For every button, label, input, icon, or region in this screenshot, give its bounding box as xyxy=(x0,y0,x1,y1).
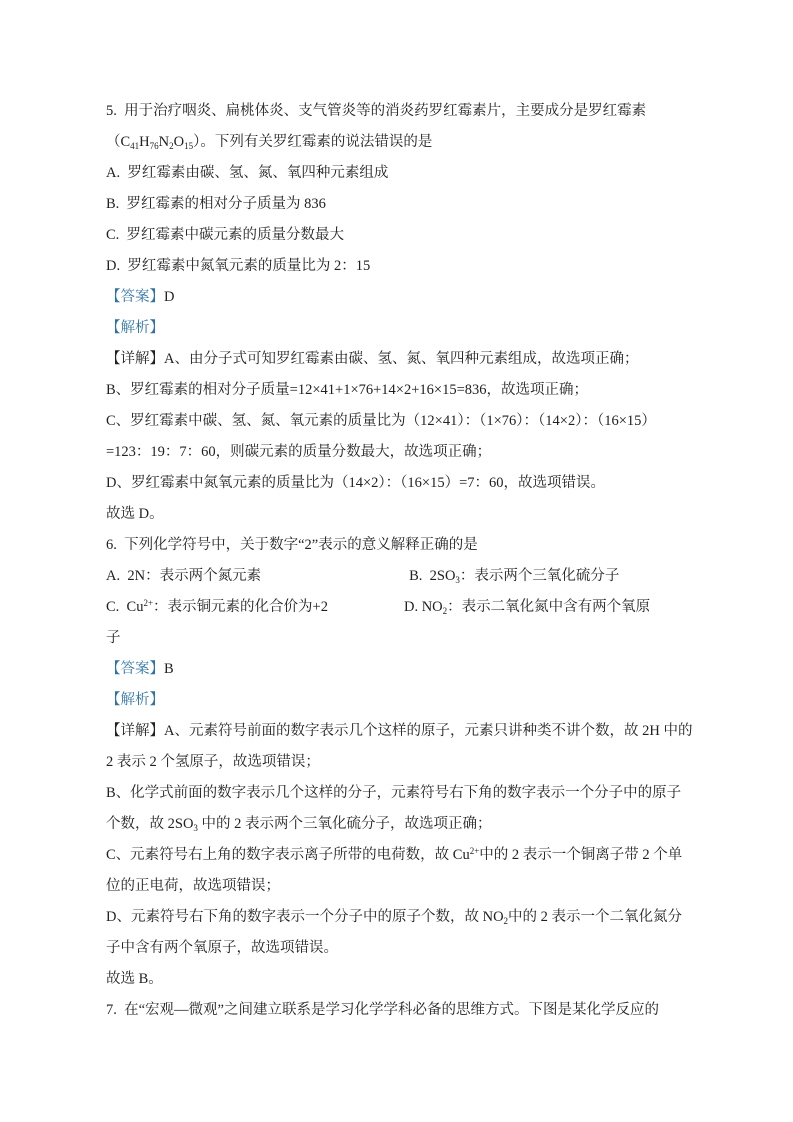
question-5-detail-line: =123：19：7：60，则碳元素的质量分数最大，故选项正确； xyxy=(106,437,713,468)
question-6-detail-line: C、元素符号右上角的数字表示离子所带的电荷数，故 Cu2+中的 2 表示一个铜离… xyxy=(106,840,713,871)
question-5-option-b: B. 罗红霉素的相对分子质量为 836 xyxy=(106,189,713,220)
question-7-stem-line: 7. 在“宏观—微观”之间建立联系是学习化学学科必备的思维方式。下图是某化学反应… xyxy=(106,995,713,1026)
question-5-analysis-line: 【解析】 xyxy=(106,313,713,344)
question-5-conclusion-line: 故选 D。 xyxy=(106,499,713,530)
question-6-detail-line: 子中含有两个氧原子，故选项错误。 xyxy=(106,933,713,964)
question-6-conclusion-line: 故选 B。 xyxy=(106,964,713,995)
question-5-detail-line: 【详解】A、由分子式可知罗红霉素由碳、氢、氮、氧四种元素组成，故选项正确； xyxy=(106,344,713,375)
answer-value: B xyxy=(164,661,174,677)
analysis-label: 【解析】 xyxy=(106,320,164,336)
answer-label: 【答案】 xyxy=(106,661,164,677)
question-6-option-d-wrap-line: 子 xyxy=(106,623,713,654)
question-6-options-row-cd: C. Cu2+：表示铜元素的化合价为+2D. NO2：表示二氧化氮中含有两个氧原 xyxy=(106,592,713,623)
question-5-detail-line: B、罗红霉素的相对分子质量=12×41+1×76+14×2+16×15=836，… xyxy=(106,375,713,406)
question-5-detail-line: D、罗红霉素中氮氧元素的质量比为（14×2）：（16×15）=7：60，故选项错… xyxy=(106,468,713,499)
question-5-stem-line-1: 5. 用于治疗咽炎、扁桃体炎、支气管炎等的消炎药罗红霉素片，主要成分是罗红霉素 xyxy=(106,96,713,127)
question-6-detail-line: B、化学式前面的数字表示几个这样的分子，元素符号右下角的数字表示一个分子中的原子 xyxy=(106,778,713,809)
question-5-option-c: C. 罗红霉素中碳元素的质量分数最大 xyxy=(106,220,713,251)
question-5-detail-line: C、罗红霉素中碳、氢、氮、氧元素的质量比为（12×41）：（1×76）：（14×… xyxy=(106,406,713,437)
analysis-label: 【解析】 xyxy=(106,692,164,708)
question-6-option-b: B. 2SO3：表示两个三氧化硫分子 xyxy=(409,568,619,584)
question-6-option-a: A. 2N：表示两个氮元素 xyxy=(106,568,261,584)
question-5-option-d: D. 罗红霉素中氮氧元素的质量比为 2：15 xyxy=(106,251,713,282)
question-6-block: 6. 下列化学符号中，关于数字“2”表示的意义解释正确的是 A. 2N：表示两个… xyxy=(106,530,713,995)
question-6-option-c: C. Cu2+：表示铜元素的化合价为+2 xyxy=(106,599,328,615)
question-6-option-d: D. NO2：表示二氧化氮中含有两个氧原 xyxy=(404,599,650,615)
question-6-detail-line: 个数，故 2SO3 中的 2 表示两个三氧化硫分子，故选项正确； xyxy=(106,809,713,840)
answer-label: 【答案】 xyxy=(106,289,164,305)
question-6-analysis-line: 【解析】 xyxy=(106,685,713,716)
question-5-answer-line: 【答案】D xyxy=(106,282,713,313)
exam-document-page: 5. 用于治疗咽炎、扁桃体炎、支气管炎等的消炎药罗红霉素片，主要成分是罗红霉素 … xyxy=(0,0,793,1122)
question-6-answer-line: 【答案】B xyxy=(106,654,713,685)
question-5-block: 5. 用于治疗咽炎、扁桃体炎、支气管炎等的消炎药罗红霉素片，主要成分是罗红霉素 … xyxy=(106,96,713,530)
question-6-stem-line: 6. 下列化学符号中，关于数字“2”表示的意义解释正确的是 xyxy=(106,530,713,561)
question-6-detail-line: D、元素符号右下角的数字表示一个分子中的原子个数，故 NO2中的 2 表示一个二… xyxy=(106,902,713,933)
question-6-options-row-ab: A. 2N：表示两个氮元素B. 2SO3：表示两个三氧化硫分子 xyxy=(106,561,713,592)
answer-value: D xyxy=(164,289,174,305)
tab-spacer xyxy=(261,579,409,580)
tab-spacer xyxy=(328,610,404,611)
question-6-detail-line: 2 表示 2 个氢原子，故选项错误； xyxy=(106,747,713,778)
question-6-detail-line: 【详解】A、元素符号前面的数字表示几个这样的原子，元素只讲种类不讲个数，故 2H… xyxy=(106,716,713,747)
question-7-block: 7. 在“宏观—微观”之间建立联系是学习化学学科必备的思维方式。下图是某化学反应… xyxy=(106,995,713,1026)
question-5-stem-line-2: （C41H76N2O15）。下列有关罗红霉素的说法错误的是 xyxy=(106,127,713,158)
question-5-option-a: A. 罗红霉素由碳、氢、氮、氧四种元素组成 xyxy=(106,158,713,189)
question-6-detail-line: 位的正电荷，故选项错误； xyxy=(106,871,713,902)
